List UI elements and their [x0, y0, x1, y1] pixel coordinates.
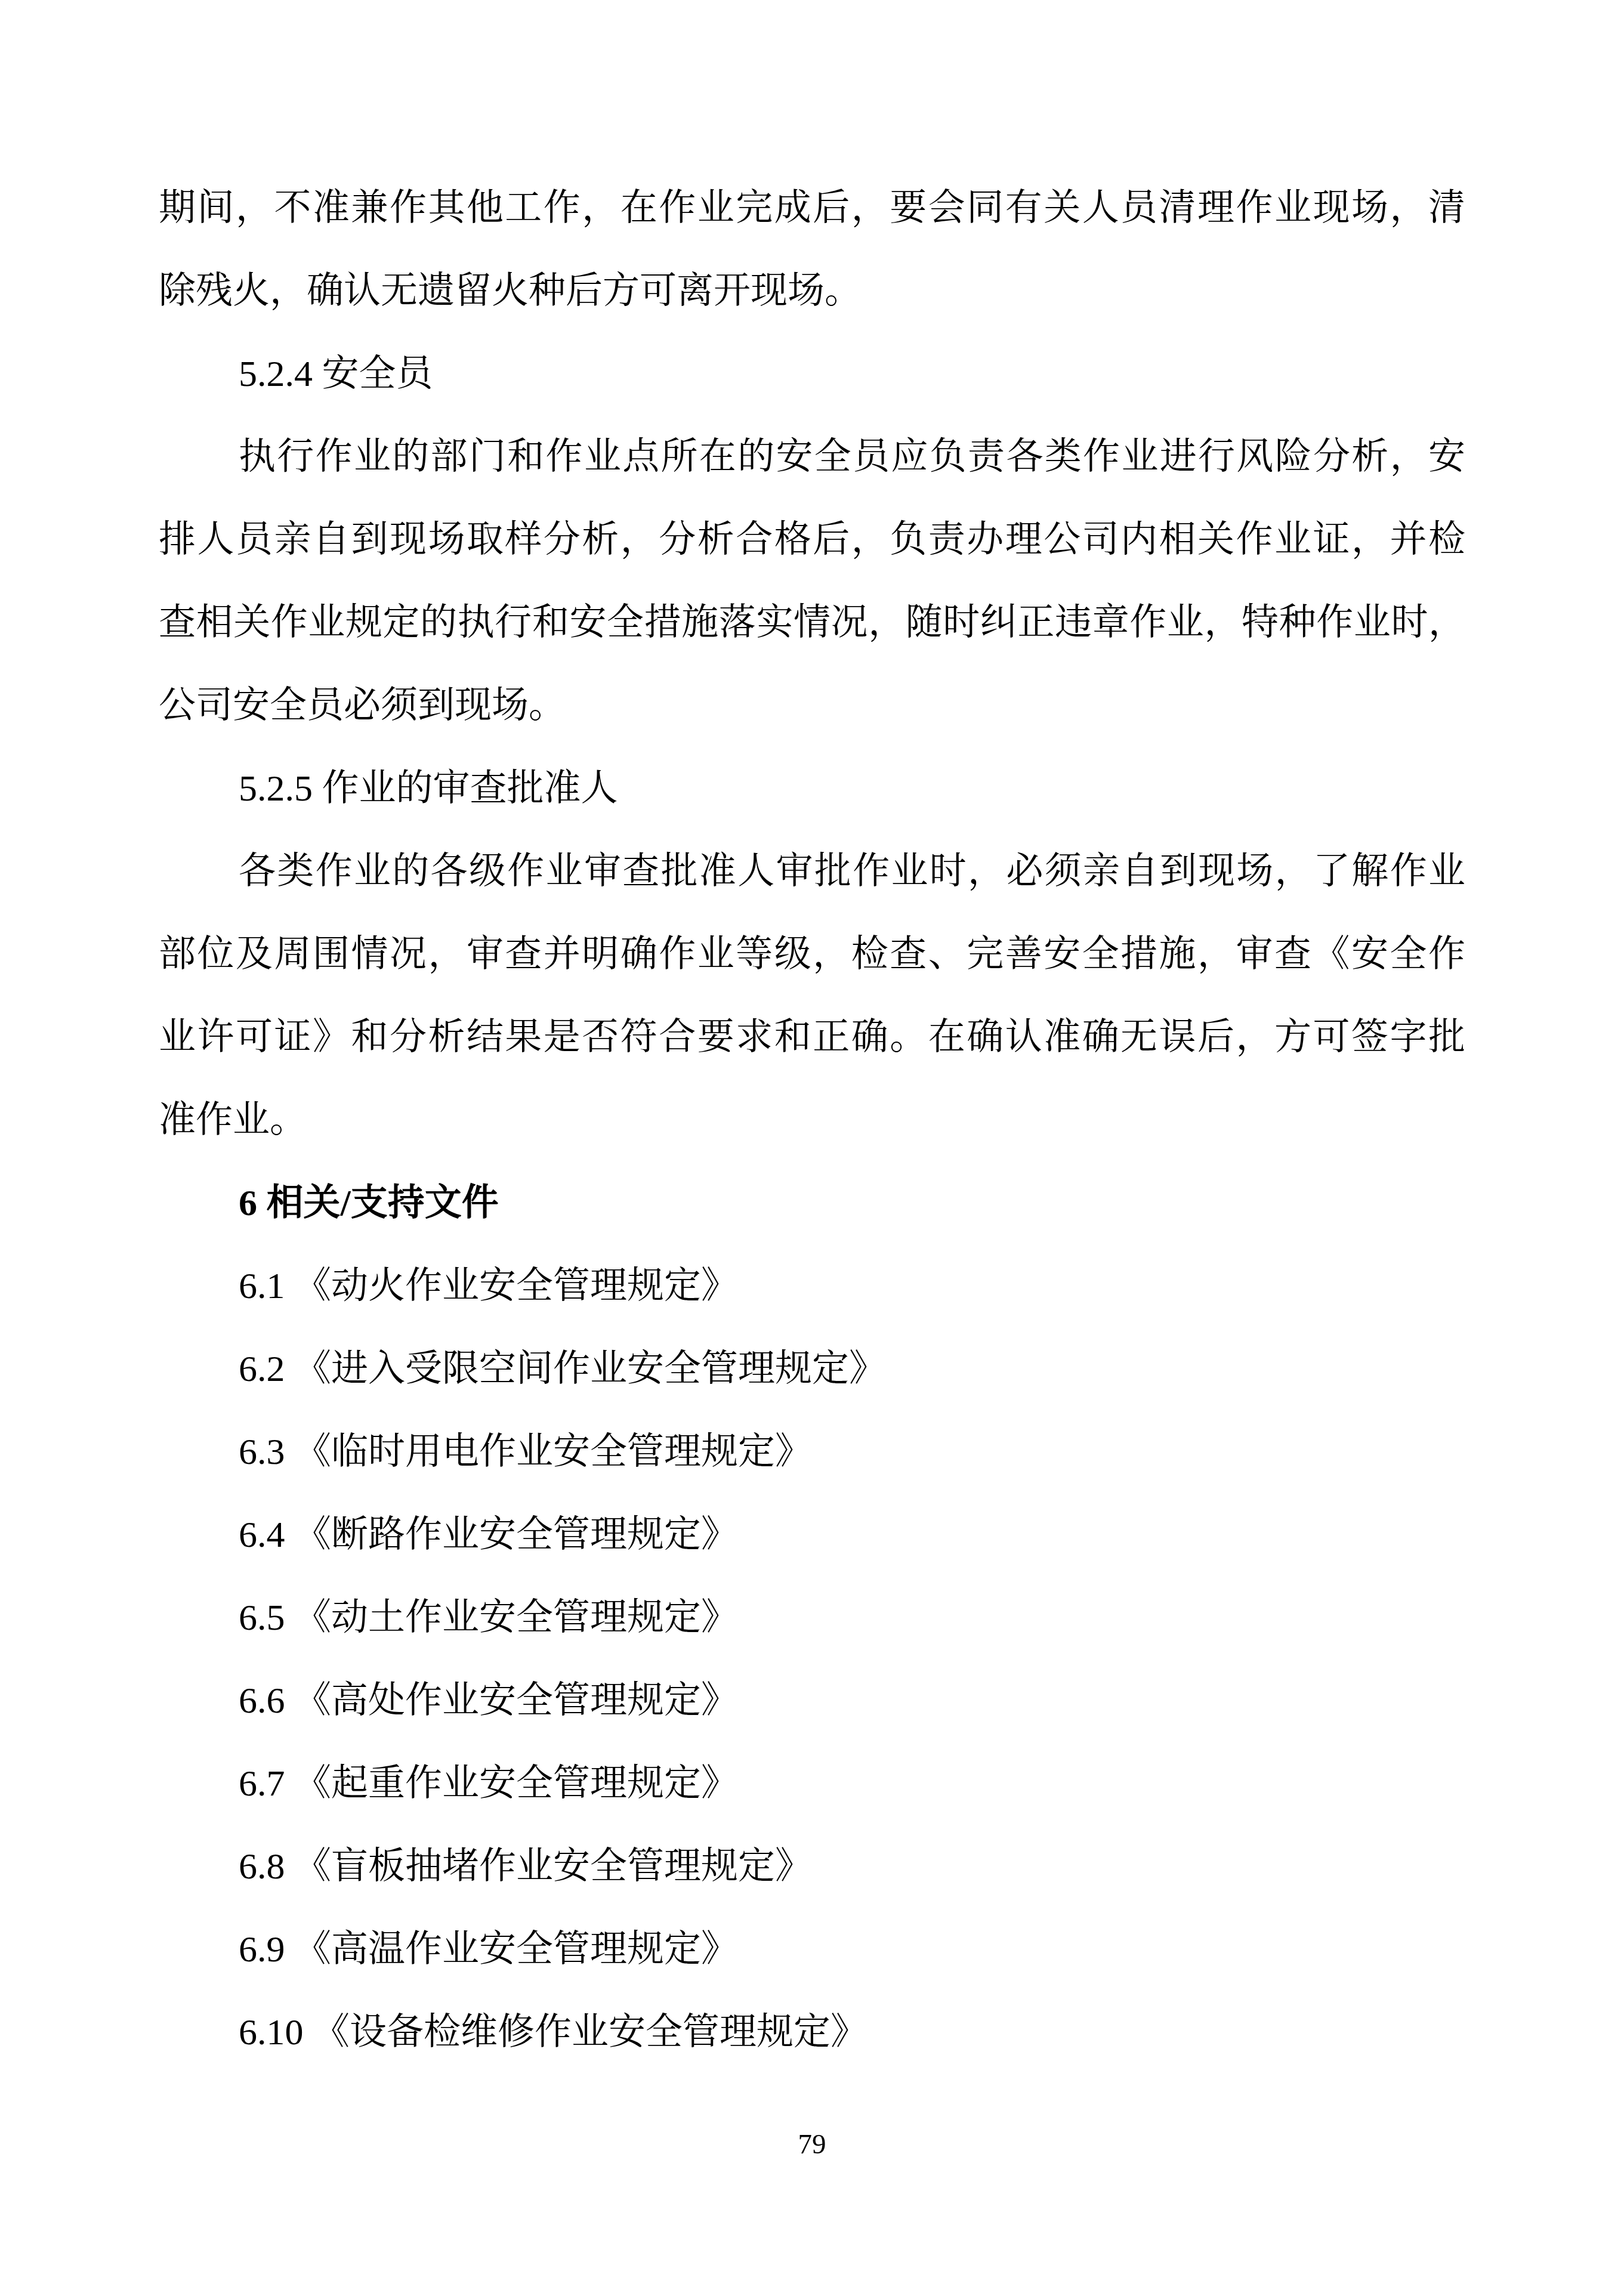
text-line: 6.9 《高温作业安全管理规定》	[159, 1908, 1465, 1991]
text-line: 6.5 《动土作业安全管理规定》	[159, 1577, 1465, 1660]
text-line: 除残火，确认无遗留火种后方可离开现场。	[159, 250, 1465, 333]
text-line: 6.4 《断路作业安全管理规定》	[159, 1494, 1465, 1577]
text-line: 查相关作业规定的执行和安全措施落实情况，随时纠正违章作业，特种作业时，	[159, 582, 1465, 665]
text-line: 6.10 《设备检维修作业安全管理规定》	[159, 1991, 1465, 2074]
text-line: 各类作业的各级作业审查批准人审批作业时，必须亲自到现场，了解作业	[159, 830, 1465, 913]
text-line: 6.2 《进入受限空间作业安全管理规定》	[159, 1328, 1465, 1411]
text-line: 5.2.4 安全员	[159, 333, 1465, 416]
text-line: 6.1 《动火作业安全管理规定》	[159, 1245, 1465, 1328]
text-line: 部位及周围情况，审查并明确作业等级，检查、完善安全措施，审查《安全作	[159, 913, 1465, 996]
page-number: 79	[0, 2124, 1624, 2165]
text-line: 排人员亲自到现场取样分析，分析合格后，负责办理公司内相关作业证，并检	[159, 499, 1465, 582]
text-line: 6 相关/支持文件	[159, 1162, 1465, 1245]
text-line: 执行作业的部门和作业点所在的安全员应负责各类作业进行风险分析，安	[159, 416, 1465, 499]
text-line: 5.2.5 作业的审查批准人	[159, 747, 1465, 830]
text-line: 准作业。	[159, 1079, 1465, 1162]
document-body: 期间，不准兼作其他工作，在作业完成后，要会同有关人员清理作业现场，清除残火，确认…	[159, 167, 1465, 2074]
text-line: 6.7 《起重作业安全管理规定》	[159, 1742, 1465, 1825]
text-line: 6.6 《高处作业安全管理规定》	[159, 1660, 1465, 1742]
text-line: 业许可证》和分析结果是否符合要求和正确。在确认准确无误后，方可签字批	[159, 996, 1465, 1079]
document-page: 期间，不准兼作其他工作，在作业完成后，要会同有关人员清理作业现场，清除残火，确认…	[0, 0, 1624, 2296]
text-line: 6.8 《盲板抽堵作业安全管理规定》	[159, 1825, 1465, 1908]
text-line: 6.3 《临时用电作业安全管理规定》	[159, 1411, 1465, 1494]
text-line: 期间，不准兼作其他工作，在作业完成后，要会同有关人员清理作业现场，清	[159, 167, 1465, 250]
text-line: 公司安全员必须到现场。	[159, 665, 1465, 747]
